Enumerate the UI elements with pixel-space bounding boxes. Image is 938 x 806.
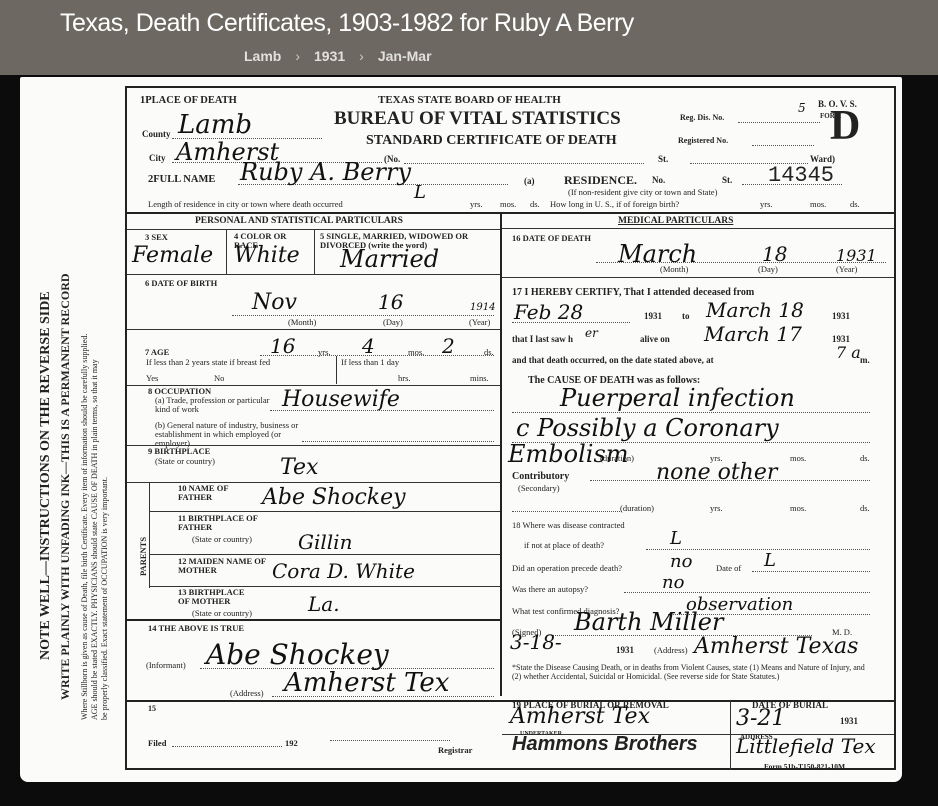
not-at-place-label: if not at place of death? [524,540,604,550]
dob-day-label: (Day) [383,317,403,327]
autopsy-value: no [662,572,684,593]
length-residence-value: L [414,182,426,203]
age-yrs-label: yrs. [318,347,331,357]
undertaker-value: Hammons Brothers [512,733,698,756]
death-occurred-label: and that death occurred, on the date sta… [512,355,714,365]
registrar-label: Registrar [438,745,472,755]
sex-label: 3 SEX [145,232,168,242]
dob-month: Nov [252,290,297,315]
mos-label: mos. [500,199,516,209]
us-label: How long in U. S., if of foreign birth? [550,199,679,209]
contributory-value: none other [656,460,777,485]
nonresident-note: (If non-resident give city or town and S… [568,187,717,197]
breadcrumb-year[interactable]: 1931 [314,48,345,64]
dob-year: 1914 [470,302,495,313]
occupation-a-label: (a) Trade, profession or particular kind… [155,396,275,414]
page-header: Texas, Death Certificates, 1903-1982 for… [0,0,938,75]
less-than-day-label: If less than 1 day [341,357,399,367]
undertaker-address-value: Littlefield Tex [736,734,876,758]
father-value: Abe Shockey [262,485,406,510]
place-of-death-label: 1PLACE OF DEATH [140,95,237,106]
certificate-title: STANDARD CERTIFICATE OF DEATH [366,133,617,149]
operation-label: Did an operation precede death? [512,563,622,573]
age-mos-label: mos. [408,347,424,357]
father-birthplace-value: Gillin [298,530,352,554]
age-ds-label: ds. [484,347,494,357]
filed-label: Filed [148,738,166,748]
mins-label: mins. [470,373,489,383]
informant-address-value: Amherst Tex [284,668,449,698]
marital-value: Married [340,245,439,273]
mother-birthplace-sub: (State or country) [192,608,252,618]
attended-from: Feb 28 [514,300,583,324]
birthplace-label: 9 BIRTHPLACE [148,446,210,456]
breadcrumb-county[interactable]: Lamb [244,48,281,64]
board-title: TEXAS STATE BOARD OF HEALTH [378,94,561,106]
father-birthplace-sub: (State or country) [192,534,252,544]
m-label: m. [860,355,870,365]
residence-no-label: No. [652,175,665,185]
duration-2-mos: mos. [790,503,806,513]
chevron-right-icon: › [359,48,364,64]
duration-2-yrs: yrs. [710,503,723,513]
footnote: *State the Disease Causing Death, or in … [512,663,868,681]
alive-on-label: alive on [640,334,670,344]
length-residence-label: Length of residence in city or town wher… [148,199,343,209]
item-18-label: 18 Where was disease contracted [512,520,625,530]
mother-birthplace-value: La. [308,592,340,616]
form-d: D [830,104,860,148]
duration-2-ds: ds. [860,503,870,513]
reg-dis-value: 5 [798,101,806,115]
full-name-label: 2FULL NAME [148,174,215,185]
breast-fed-label: If less than 2 years state if breast fed [146,357,270,367]
secondary-label: (Secondary) [518,483,560,493]
side-note-well: NOTE WELL—INSTRUCTIONS ON THE REVERSE SI… [38,291,54,660]
age-months: 4 [362,334,375,358]
mother-label: 12 MAIDEN NAME OF MOTHER [178,557,268,575]
duration-2-label: (duration) [620,503,654,513]
attended-from-year: 1931 [644,311,662,321]
side-write-plainly: WRITE PLAINLY WITH UNFADING INK—THIS IS … [58,273,73,700]
dod-label: 16 DATE OF DEATH [512,233,591,243]
burial-date-value: 3-21 [736,706,785,731]
dob-year-label: (Year) [469,317,490,327]
age-days: 2 [442,334,455,358]
city-label: City [149,153,166,163]
side-instruction-1: Where Stillborn is given as cause of Dea… [80,334,89,720]
last-saw-label: that I last saw h [512,334,573,344]
side-instructions: NOTE WELL—INSTRUCTIONS ON THE REVERSE SI… [30,100,116,740]
certificate-number: 14345 [768,163,834,188]
mother-value: Cora D. White [272,559,415,583]
father-label: 10 NAME OF FATHER [178,484,238,502]
duration-mos: mos. [790,453,806,463]
side-instruction-2: AGE should be stated EXACTLY. PHYSICIANS… [90,359,99,720]
birthplace-sub-label: (State or country) [155,456,215,466]
st-label: St. [658,154,668,164]
mother-birthplace-label: 13 BIRTHPLACE OF MOTHER [178,588,258,606]
attended-to: March 18 [706,298,804,322]
residence-st-label: St. [722,175,732,185]
birthplace-value: Tex [280,455,318,480]
occupation-b-label: (b) General nature of industry, business… [155,421,305,448]
death-time: 7 a [836,343,861,362]
parents-label: PARENTS [138,537,148,576]
full-name-value: Ruby A. Berry [240,158,411,186]
race-value: White [234,243,300,268]
dod-month-label: (Month) [660,264,688,274]
certify-label: 17 I HEREBY CERTIFY, That I attended dec… [512,287,754,298]
filed-year: 192 [285,738,298,748]
county-value: Lamb [178,110,252,140]
contributory-label: Contributory [512,471,569,482]
last-saw-her: er [585,326,598,340]
dod-day: 18 [762,242,787,266]
hrs-label: hrs. [398,373,411,383]
age-label: 7 AGE [145,347,169,357]
residence-label: RESIDENCE. [564,173,637,188]
date-of-value: L [764,550,776,571]
item-15-label: 15 [148,704,156,713]
informant-value: Abe Shockey [206,638,389,671]
duration-label: (duration) [600,453,634,463]
not-at-place-value: L [670,528,682,549]
us-yrs-label: yrs. [760,199,773,209]
above-is-true-label: 14 THE ABOVE IS TRUE [148,623,244,633]
father-birthplace-label: 11 BIRTHPLACE OF FATHER [178,514,258,532]
yrs-label: yrs. [470,199,483,209]
form-letters: FORM [820,112,828,120]
sex-value: Female [132,243,213,268]
signed-value: Barth Miller [574,608,723,636]
dod-year: 1931 [836,246,877,265]
county-label: County [142,129,171,139]
us-ds-label: ds. [850,199,860,209]
bureau-title: BUREAU OF VITAL STATISTICS [334,108,621,130]
ds-label: ds. [530,199,540,209]
informant-label: (Informant) [146,660,186,670]
age-years: 16 [270,334,295,358]
dod-day-label: (Day) [758,264,778,274]
form-number: Form 51b-T150-821-10M [764,762,845,771]
burial-value: Amherst Tex [510,704,650,729]
chevron-right-icon: › [295,48,300,64]
a-label: (a) [524,176,535,186]
breadcrumb-period[interactable]: Jan-Mar [378,48,432,64]
signed-date: 3-18- [510,630,562,654]
cause-line-2: c Possibly a Coronary [516,414,779,442]
dob-label: 6 DATE OF BIRTH [145,278,217,288]
cause-line-1: Puerperal infection [560,384,795,412]
signed-year: 1931 [616,645,634,655]
reg-dis-label: Reg. Dis. No. [680,113,724,122]
breadcrumb: Lamb › 1931 › Jan-Mar [244,48,432,64]
us-mos-label: mos. [810,199,826,209]
last-saw-date: March 17 [704,322,802,346]
autopsy-label: Was there an autopsy? [512,584,588,594]
dod-year-label: (Year) [836,264,857,274]
signed-address-value: Amherst Texas [694,634,858,659]
dob-month-label: (Month) [288,317,316,327]
side-instruction-3: be properly classified. Exact statement … [100,477,109,720]
dob-day: 16 [378,290,403,314]
informant-address-label: (Address) [230,688,264,698]
date-of-label: Date of [716,563,741,573]
personal-section-title: PERSONAL AND STATISTICAL PARTICULARS [195,216,403,226]
signed-address-label: (Address) [654,645,688,655]
yes-label: Yes [146,373,158,383]
registered-no-label: Registered No. [678,136,728,145]
duration-ds: ds. [860,453,870,463]
no-label: No [214,373,224,383]
medical-section-title: MEDICAL PARTICULARS [618,216,733,226]
burial-year: 1931 [840,716,858,726]
to-label: to [682,311,690,321]
attended-to-year: 1931 [832,311,850,321]
occupation-value: Housewife [282,387,400,412]
record-title: Texas, Death Certificates, 1903-1982 for… [60,9,634,38]
operation-value: no [670,551,692,572]
